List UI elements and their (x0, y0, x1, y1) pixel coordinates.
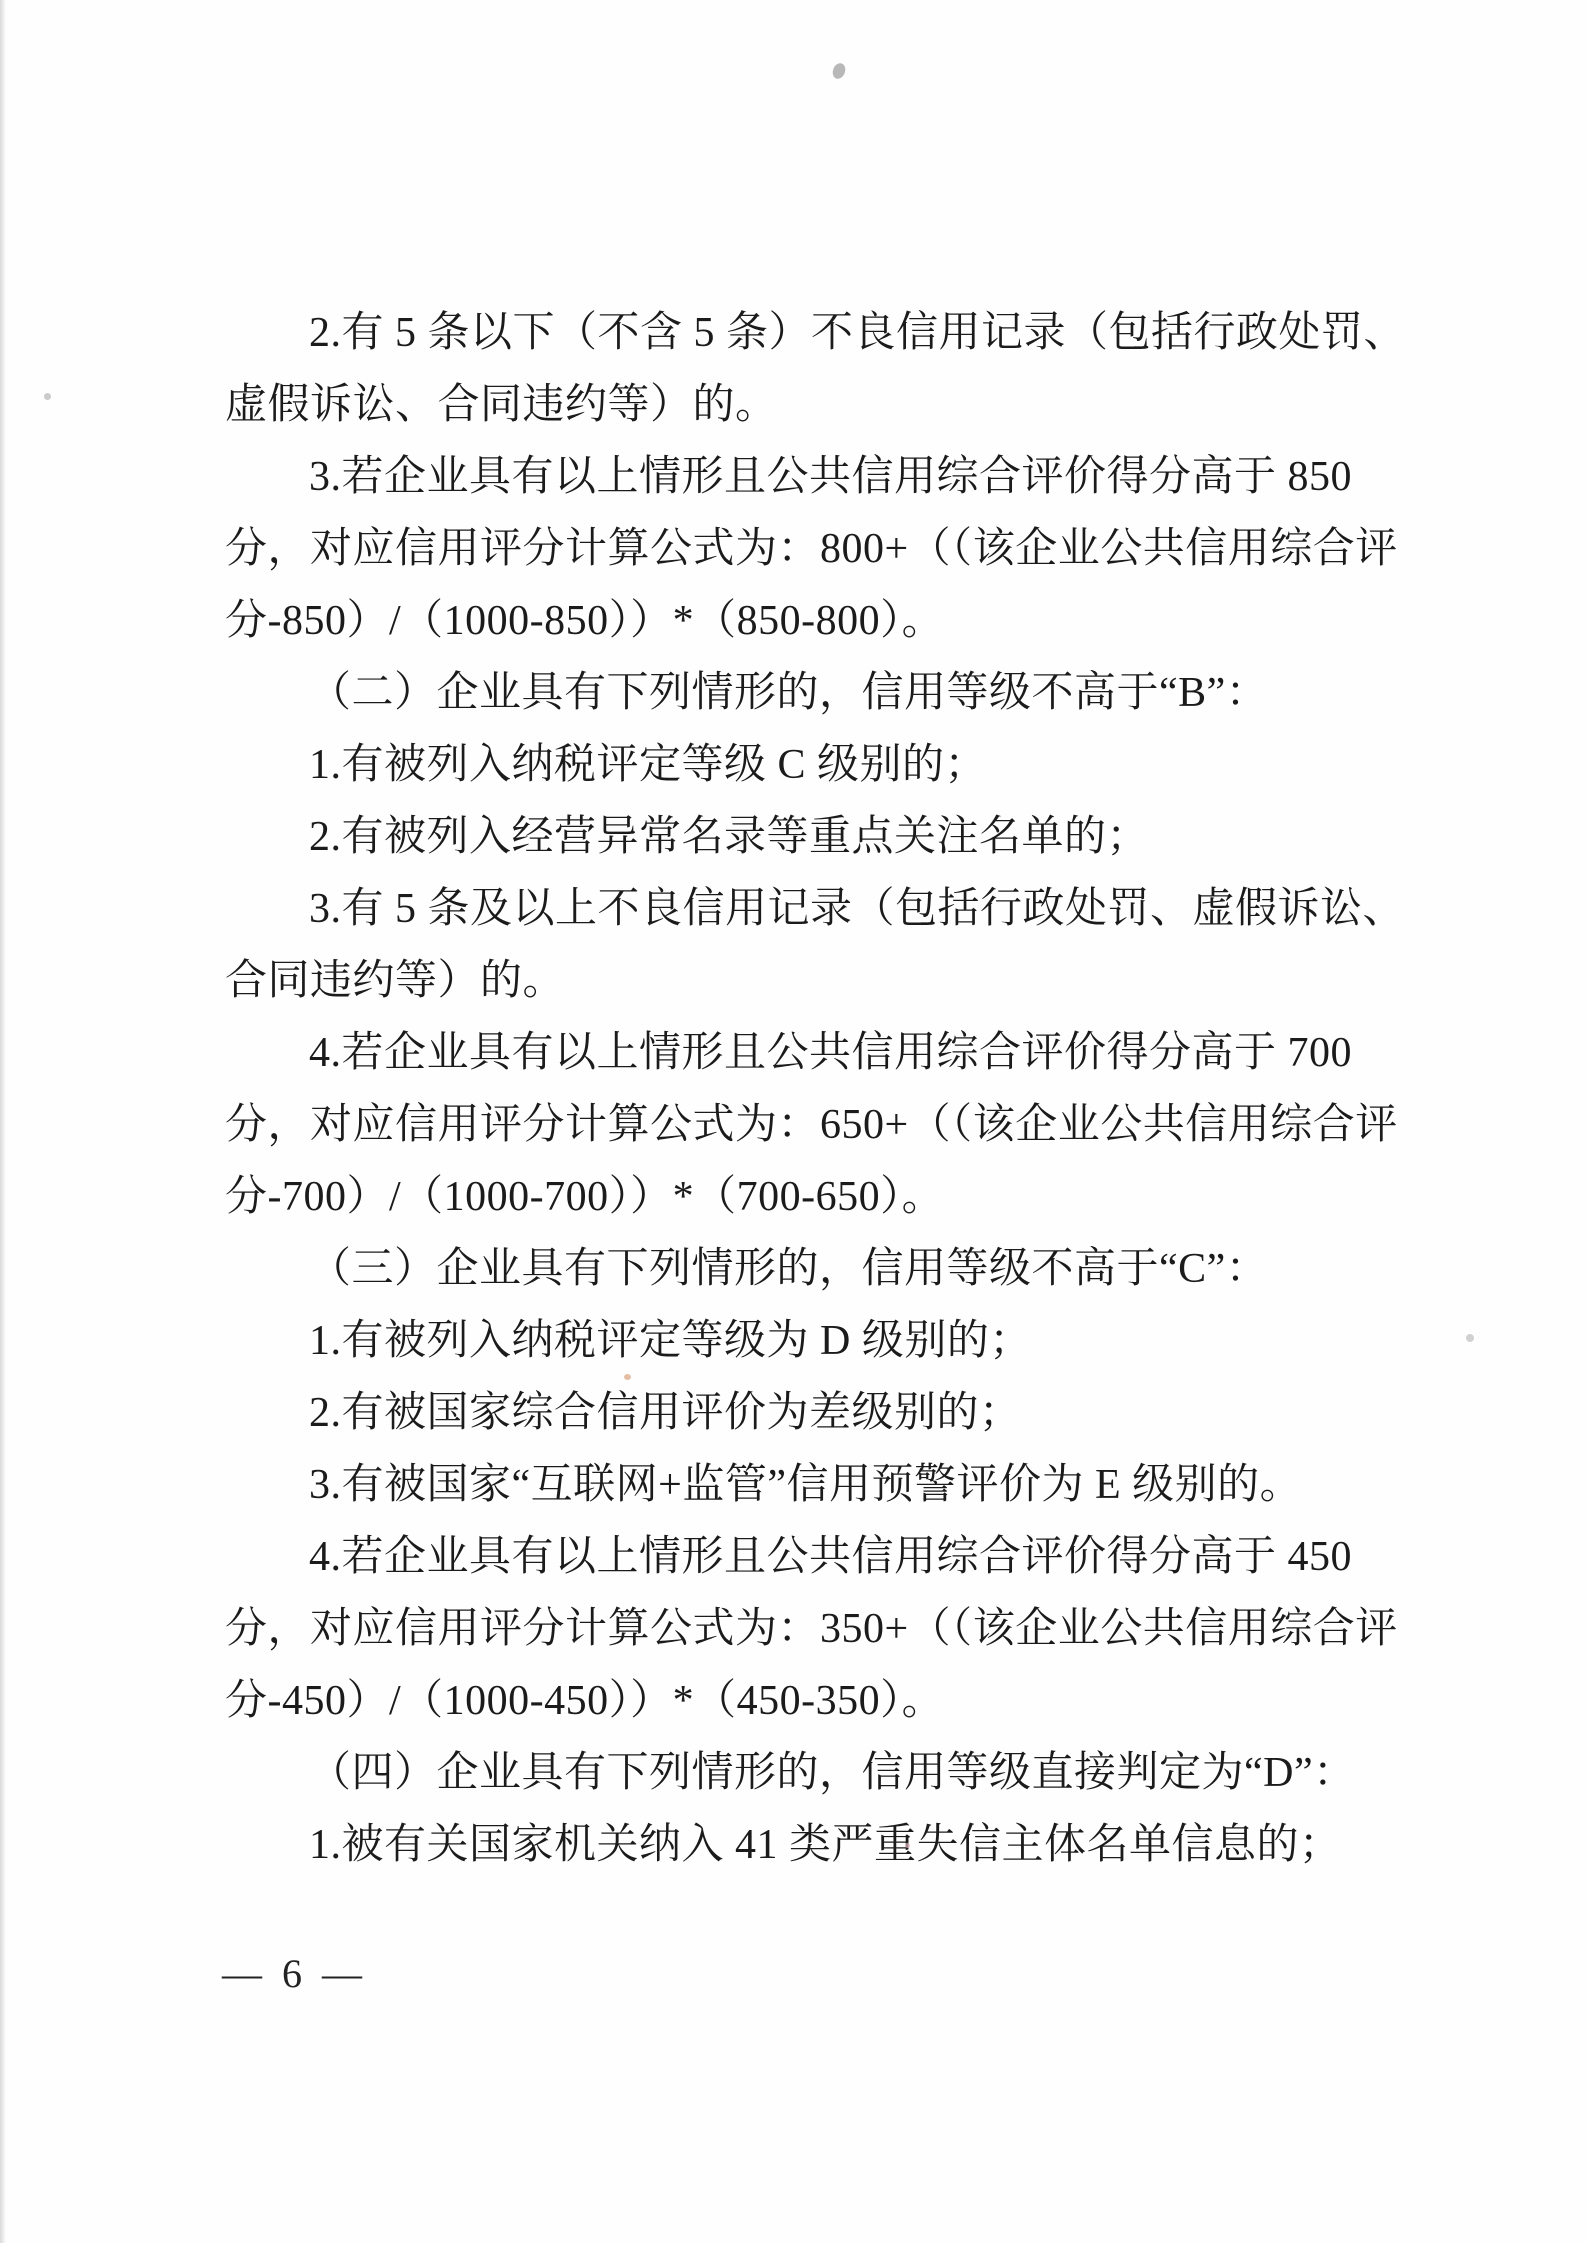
text-line: （二）企业具有下列情形的，信用等级不高于“B”： (225, 657, 1460, 729)
text-line: （四）企业具有下列情形的，信用等级直接判定为“D”： (225, 1737, 1460, 1809)
text-line: 分-850）/（1000-850））*（850-800）。 (225, 585, 1460, 657)
scan-speck (44, 393, 51, 400)
text-line: 3.有 5 条及以上不良信用记录（包括行政处罚、虚假诉讼、 (225, 873, 1460, 945)
text-line: 2.有被国家综合信用评价为差级别的； (225, 1377, 1460, 1449)
scan-edge-shadow (0, 0, 6, 2243)
text-line: 合同违约等）的。 (225, 945, 1460, 1017)
text-line: 3.有被国家“互联网+监管”信用预警评价为 E 级别的。 (225, 1449, 1460, 1521)
scan-speck (1466, 1334, 1474, 1342)
text-line: 1.有被列入纳税评定等级 C 级别的； (225, 729, 1460, 801)
page-number: — 6 — (222, 1950, 367, 1998)
scan-speck (905, 1843, 910, 1848)
text-line: 分，对应信用评分计算公式为：650+（（该企业公共信用综合评 (225, 1089, 1460, 1161)
document-page: 2.有 5 条以下（不含 5 条）不良信用记录（包括行政处罚、虚假诉讼、合同违约… (0, 0, 1587, 2243)
scan-speck (831, 61, 848, 80)
text-line: 1.有被列入纳税评定等级为 D 级别的； (225, 1305, 1460, 1377)
text-line: 1.被有关国家机关纳入 41 类严重失信主体名单信息的； (225, 1809, 1460, 1881)
text-line: 4.若企业具有以上情形且公共信用综合评价得分高于 450 (225, 1521, 1460, 1593)
text-line: 3.若企业具有以上情形且公共信用综合评价得分高于 850 (225, 441, 1460, 513)
scan-speck (624, 1374, 631, 1380)
text-line: 分，对应信用评分计算公式为：800+（（该企业公共信用综合评 (225, 513, 1460, 585)
text-line: 4.若企业具有以上情形且公共信用综合评价得分高于 700 (225, 1017, 1460, 1089)
document-text-block: 2.有 5 条以下（不含 5 条）不良信用记录（包括行政处罚、虚假诉讼、合同违约… (225, 297, 1460, 1881)
text-line: 2.有被列入经营异常名录等重点关注名单的； (225, 801, 1460, 873)
text-line: 虚假诉讼、合同违约等）的。 (225, 369, 1460, 441)
text-line: 分-450）/（1000-450））*（450-350）。 (225, 1665, 1460, 1737)
text-line: （三）企业具有下列情形的，信用等级不高于“C”： (225, 1233, 1460, 1305)
text-line: 分，对应信用评分计算公式为：350+（（该企业公共信用综合评 (225, 1593, 1460, 1665)
text-line: 分-700）/（1000-700））*（700-650）。 (225, 1161, 1460, 1233)
text-line: 2.有 5 条以下（不含 5 条）不良信用记录（包括行政处罚、 (225, 297, 1460, 369)
